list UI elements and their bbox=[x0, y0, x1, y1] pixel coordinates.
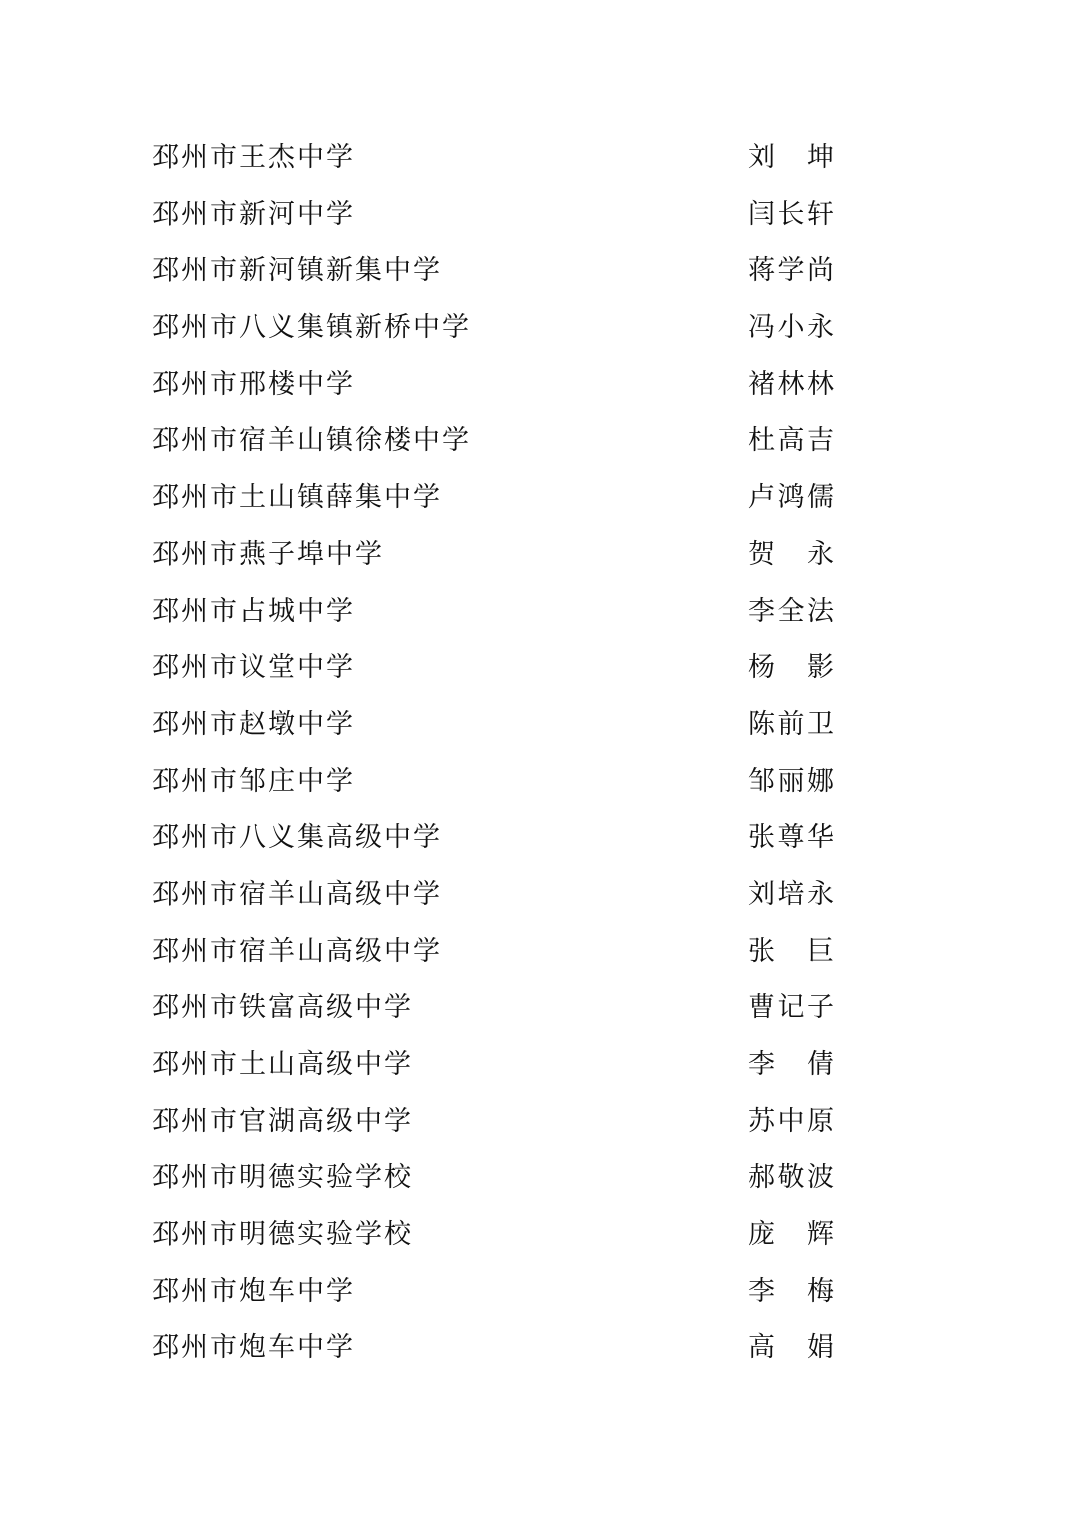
name-char: 卫 bbox=[807, 705, 834, 745]
name-char: 杜 bbox=[748, 421, 775, 461]
name-char: 儒 bbox=[807, 478, 834, 518]
school-name: 邳州市占城中学 bbox=[152, 592, 355, 632]
list-row: 邳州市王杰中学刘坤 bbox=[152, 138, 842, 195]
name-char: 郝 bbox=[748, 1158, 775, 1198]
person-name: 庞辉 bbox=[748, 1215, 834, 1255]
person-name: 李全法 bbox=[748, 592, 834, 632]
person-name: 刘坤 bbox=[748, 138, 834, 178]
list-row: 邳州市议堂中学杨影 bbox=[152, 648, 842, 705]
school-name: 邳州市新河中学 bbox=[152, 195, 355, 235]
name-char: 刘 bbox=[748, 138, 775, 178]
person-name: 褚林林 bbox=[748, 365, 834, 405]
person-name: 邹丽娜 bbox=[748, 762, 834, 802]
name-char: 原 bbox=[807, 1102, 834, 1142]
school-name: 邳州市邹庄中学 bbox=[152, 762, 355, 802]
school-name: 邳州市燕子埠中学 bbox=[152, 535, 384, 575]
name-char: 辉 bbox=[807, 1215, 834, 1255]
person-name: 李倩 bbox=[748, 1045, 834, 1085]
name-char: 长 bbox=[778, 195, 805, 235]
list-row: 邳州市铁富高级中学曹记子 bbox=[152, 988, 842, 1045]
school-name: 邳州市明德实验学校 bbox=[152, 1158, 413, 1198]
list-row: 邳州市宿羊山高级中学刘培永 bbox=[152, 875, 842, 932]
list-row: 邳州市明德实验学校郝敬波 bbox=[152, 1158, 842, 1215]
name-char: 永 bbox=[807, 308, 834, 348]
list-row: 邳州市官湖高级中学苏中原 bbox=[152, 1102, 842, 1159]
person-name: 曹记子 bbox=[748, 988, 834, 1028]
school-name: 邳州市新河镇新集中学 bbox=[152, 251, 442, 291]
school-name: 邳州市宿羊山镇徐楼中学 bbox=[152, 421, 471, 461]
school-name: 邳州市炮车中学 bbox=[152, 1272, 355, 1312]
list-row: 邳州市新河镇新集中学蒋学尚 bbox=[152, 251, 842, 308]
school-name: 邳州市王杰中学 bbox=[152, 138, 355, 178]
name-char: 永 bbox=[807, 535, 834, 575]
name-char: 卢 bbox=[748, 478, 775, 518]
name-char: 杨 bbox=[748, 648, 775, 688]
person-name: 高娟 bbox=[748, 1328, 834, 1368]
school-name: 邳州市土山镇薛集中学 bbox=[152, 478, 442, 518]
list-row: 邳州市八义集镇新桥中学冯小永 bbox=[152, 308, 842, 365]
school-name: 邳州市八义集镇新桥中学 bbox=[152, 308, 471, 348]
school-name: 邳州市炮车中学 bbox=[152, 1328, 355, 1368]
name-char: 丽 bbox=[778, 762, 805, 802]
list-row: 邳州市土山镇薛集中学卢鸿儒 bbox=[152, 478, 842, 535]
list-row: 邳州市炮车中学高娟 bbox=[152, 1328, 842, 1385]
name-char: 苏 bbox=[748, 1102, 775, 1142]
person-name: 刘培永 bbox=[748, 875, 834, 915]
name-char: 巨 bbox=[807, 932, 834, 972]
person-name: 杨影 bbox=[748, 648, 834, 688]
name-char: 吉 bbox=[807, 421, 834, 461]
name-char: 鸿 bbox=[778, 478, 805, 518]
name-char: 中 bbox=[778, 1102, 805, 1142]
list-row: 邳州市赵墩中学陈前卫 bbox=[152, 705, 842, 762]
name-char: 褚 bbox=[748, 365, 775, 405]
person-name: 蒋学尚 bbox=[748, 251, 834, 291]
list-row: 邳州市邢楼中学褚林林 bbox=[152, 365, 842, 422]
name-char: 陈 bbox=[748, 705, 775, 745]
name-char: 闫 bbox=[748, 195, 775, 235]
document-page: 邳州市王杰中学刘坤邳州市新河中学闫长轩邳州市新河镇新集中学蒋学尚邳州市八义集镇新… bbox=[0, 0, 1080, 1528]
list-row: 邳州市邹庄中学邹丽娜 bbox=[152, 762, 842, 819]
school-name: 邳州市官湖高级中学 bbox=[152, 1102, 413, 1142]
person-name: 贺永 bbox=[748, 535, 834, 575]
name-char: 轩 bbox=[807, 195, 834, 235]
name-char: 邹 bbox=[748, 762, 775, 802]
name-char: 尊 bbox=[778, 818, 805, 858]
name-char: 冯 bbox=[748, 308, 775, 348]
name-char: 林 bbox=[778, 365, 805, 405]
name-char: 学 bbox=[778, 251, 805, 291]
list-row: 邳州市八义集高级中学张尊华 bbox=[152, 818, 842, 875]
name-char: 影 bbox=[807, 648, 834, 688]
school-name: 邳州市赵墩中学 bbox=[152, 705, 355, 745]
person-name: 张尊华 bbox=[748, 818, 834, 858]
name-char: 高 bbox=[778, 421, 805, 461]
name-char: 李 bbox=[748, 1272, 775, 1312]
name-char: 永 bbox=[807, 875, 834, 915]
name-char: 娟 bbox=[807, 1328, 834, 1368]
list-row: 邳州市宿羊山镇徐楼中学杜高吉 bbox=[152, 421, 842, 478]
person-name: 苏中原 bbox=[748, 1102, 834, 1142]
school-name: 邳州市明德实验学校 bbox=[152, 1215, 413, 1255]
name-char: 倩 bbox=[807, 1045, 834, 1085]
name-char: 娜 bbox=[807, 762, 834, 802]
name-char: 培 bbox=[778, 875, 805, 915]
name-char: 张 bbox=[748, 932, 775, 972]
name-char: 波 bbox=[807, 1158, 834, 1198]
name-char: 林 bbox=[807, 365, 834, 405]
name-char: 小 bbox=[778, 308, 805, 348]
school-name: 邳州市议堂中学 bbox=[152, 648, 355, 688]
name-char: 贺 bbox=[748, 535, 775, 575]
list-row: 邳州市土山高级中学李倩 bbox=[152, 1045, 842, 1102]
name-char: 庞 bbox=[748, 1215, 775, 1255]
name-char: 李 bbox=[748, 592, 775, 632]
list-row: 邳州市占城中学李全法 bbox=[152, 592, 842, 649]
name-char: 坤 bbox=[807, 138, 834, 178]
name-char: 法 bbox=[807, 592, 834, 632]
name-char: 前 bbox=[778, 705, 805, 745]
name-char: 蒋 bbox=[748, 251, 775, 291]
school-name: 邳州市铁富高级中学 bbox=[152, 988, 413, 1028]
name-char: 曹 bbox=[748, 988, 775, 1028]
school-name: 邳州市宿羊山高级中学 bbox=[152, 875, 442, 915]
name-char: 刘 bbox=[748, 875, 775, 915]
person-name: 李梅 bbox=[748, 1272, 834, 1312]
name-char: 全 bbox=[778, 592, 805, 632]
name-char: 尚 bbox=[807, 251, 834, 291]
person-name: 冯小永 bbox=[748, 308, 834, 348]
list-row: 邳州市燕子埠中学贺永 bbox=[152, 535, 842, 592]
school-name: 邳州市邢楼中学 bbox=[152, 365, 355, 405]
list-row: 邳州市宿羊山高级中学张巨 bbox=[152, 932, 842, 989]
list-row: 邳州市炮车中学李梅 bbox=[152, 1272, 842, 1329]
person-name: 闫长轩 bbox=[748, 195, 834, 235]
name-char: 子 bbox=[807, 988, 834, 1028]
school-name: 邳州市八义集高级中学 bbox=[152, 818, 442, 858]
name-char: 张 bbox=[748, 818, 775, 858]
list-row: 邳州市新河中学闫长轩 bbox=[152, 195, 842, 252]
name-char: 高 bbox=[748, 1328, 775, 1368]
school-name: 邳州市宿羊山高级中学 bbox=[152, 932, 442, 972]
person-name: 卢鸿儒 bbox=[748, 478, 834, 518]
name-char: 李 bbox=[748, 1045, 775, 1085]
name-char: 记 bbox=[778, 988, 805, 1028]
school-name: 邳州市土山高级中学 bbox=[152, 1045, 413, 1085]
name-char: 敬 bbox=[778, 1158, 805, 1198]
name-char: 梅 bbox=[807, 1272, 834, 1312]
person-name: 陈前卫 bbox=[748, 705, 834, 745]
school-name-list: 邳州市王杰中学刘坤邳州市新河中学闫长轩邳州市新河镇新集中学蒋学尚邳州市八义集镇新… bbox=[152, 138, 842, 1385]
person-name: 郝敬波 bbox=[748, 1158, 834, 1198]
person-name: 杜高吉 bbox=[748, 421, 834, 461]
person-name: 张巨 bbox=[748, 932, 834, 972]
name-char: 华 bbox=[807, 818, 834, 858]
list-row: 邳州市明德实验学校庞辉 bbox=[152, 1215, 842, 1272]
